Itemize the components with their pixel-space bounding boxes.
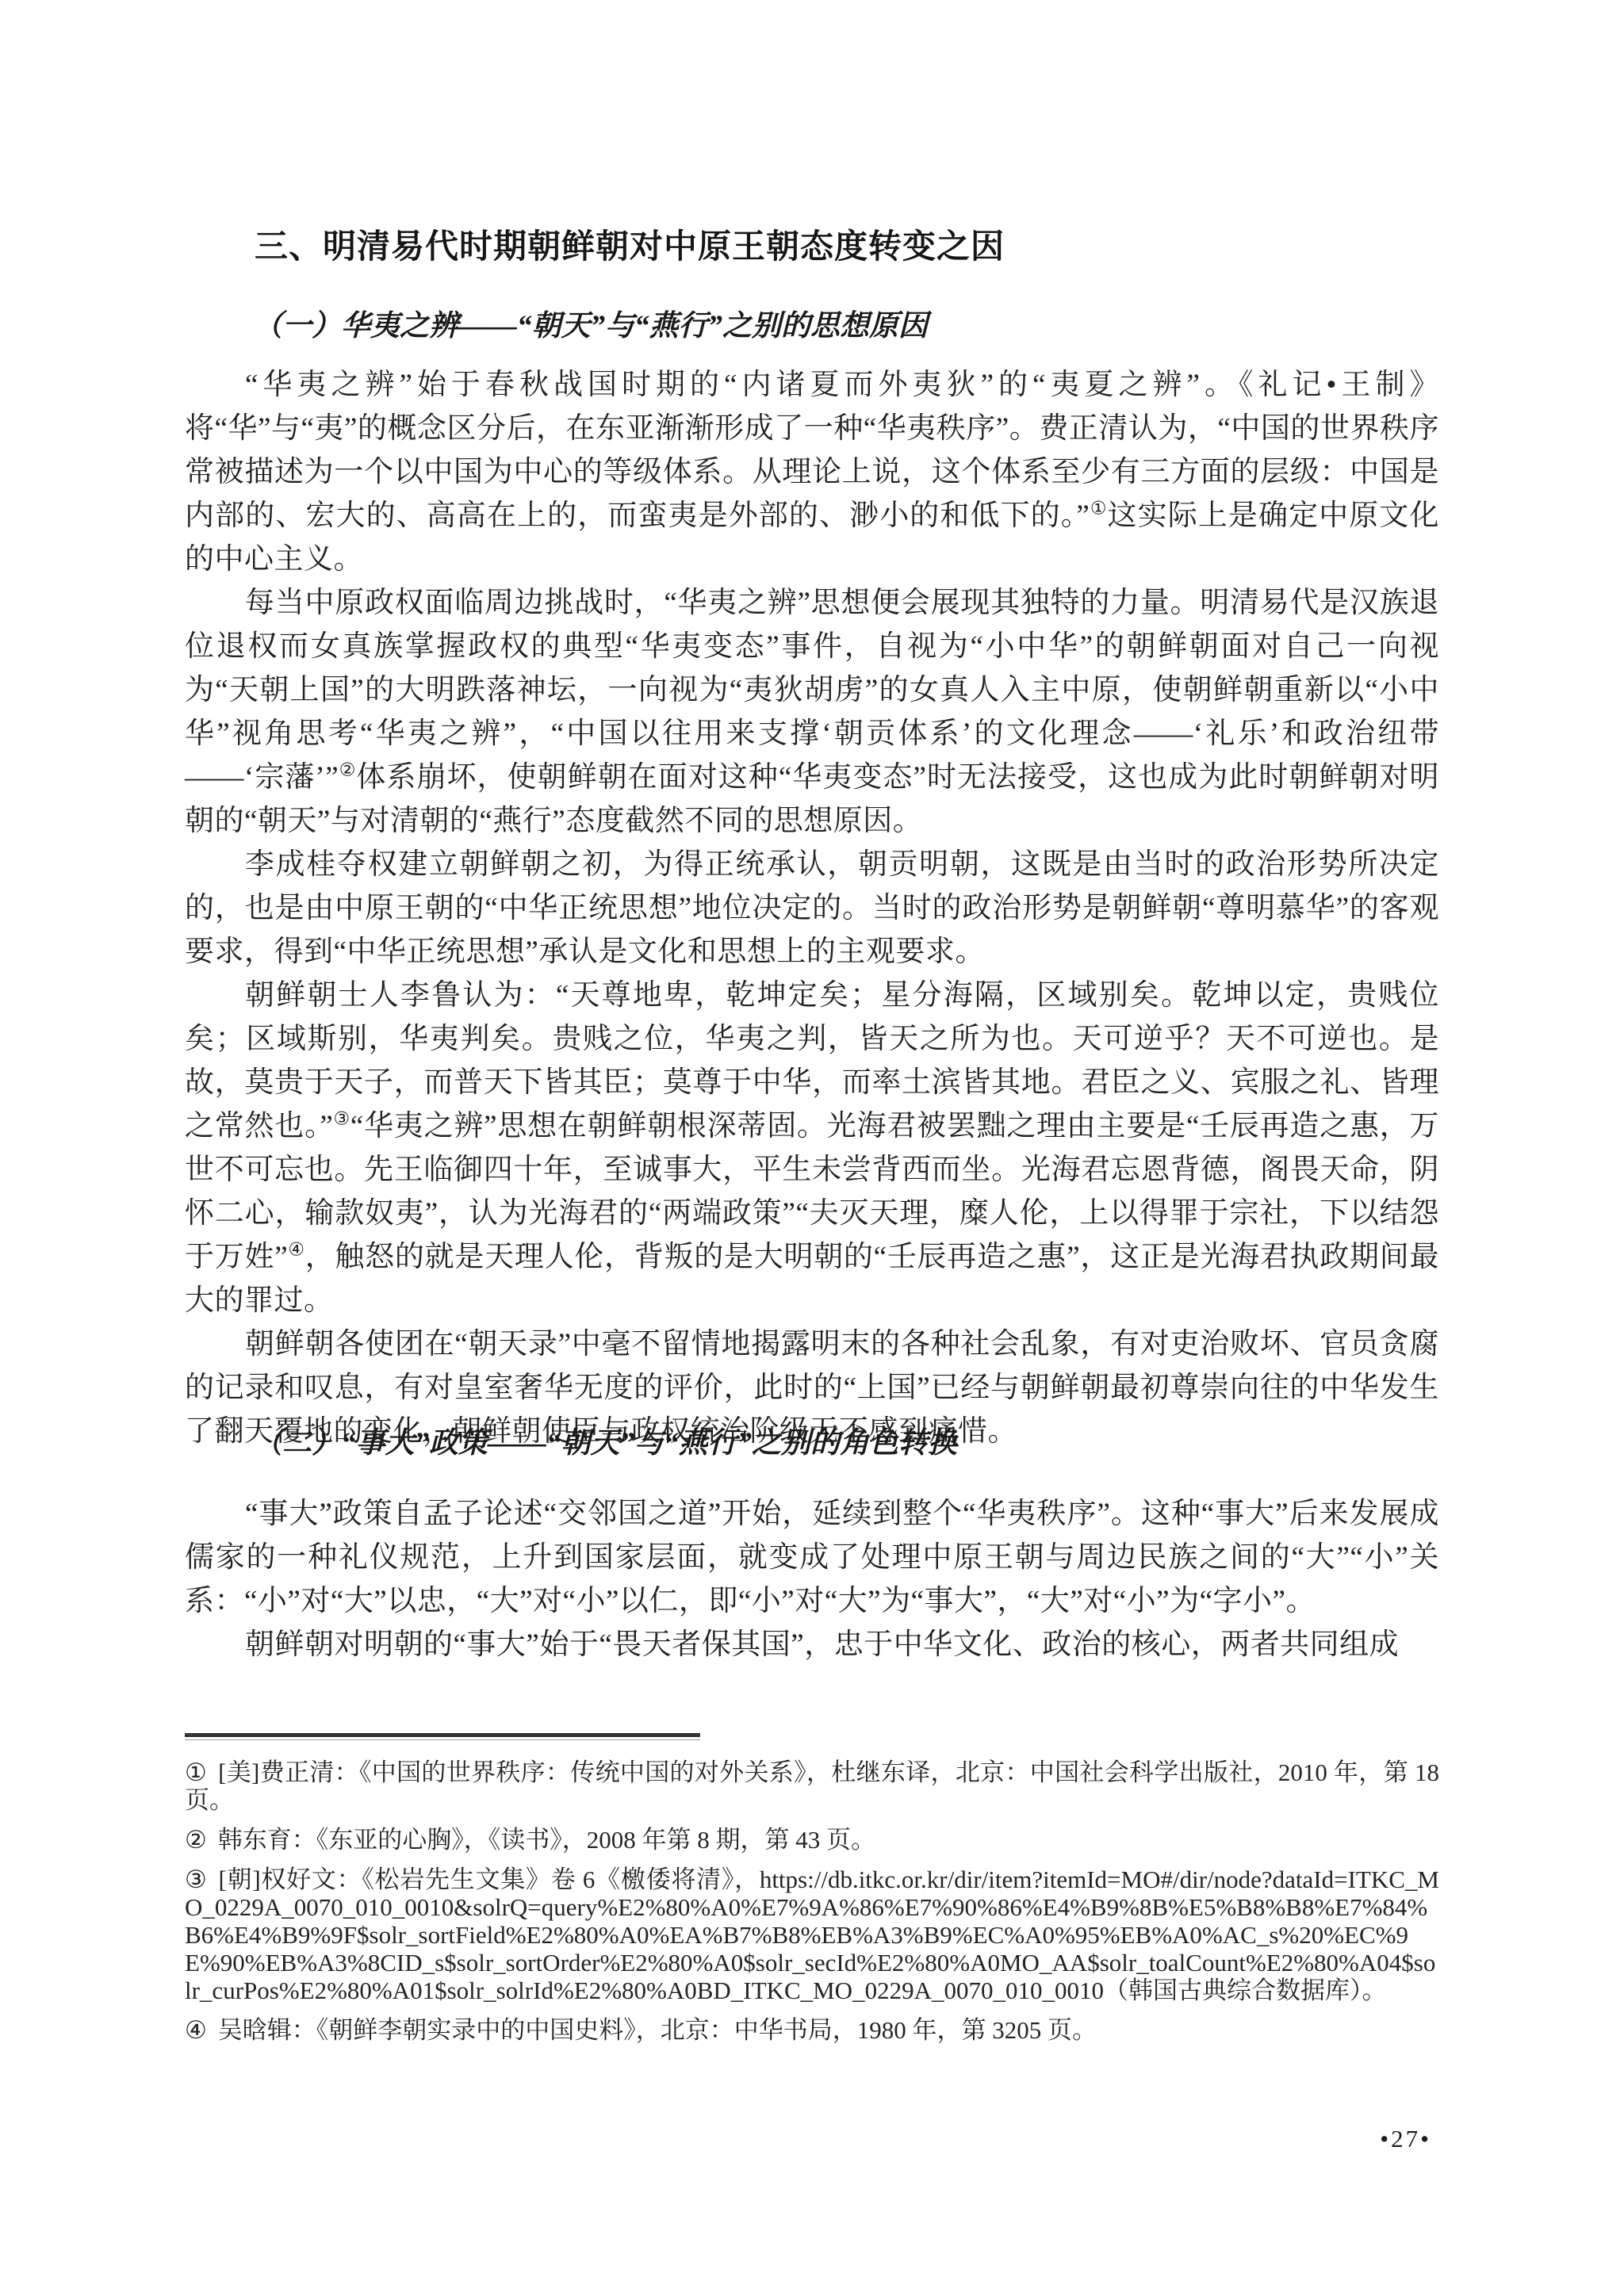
footnote-marker: ③ [185,1865,208,1893]
footnote-marker: ① [185,1758,207,1786]
subsection-heading-1: （一）华夷之辨——“朝天”与“燕行”之别的思想原因 [185,310,1439,343]
paragraph-text: 朝鲜朝对明朝的“事大”始于“畏天者保其国”，忠于中华文化、政治的核心，两者共同组… [245,1628,1399,1661]
footnote-ref: ② [339,760,356,780]
subsection-heading-2: （二）“事大”政策——“朝天”与“燕行”之别的角色转换 [185,1427,1439,1460]
body-paragraph: 朝鲜朝对明朝的“事大”始于“畏天者保其国”，忠于中华文化、政治的核心，两者共同组… [185,1623,1439,1667]
paragraph-text: 李成桂夺权建立朝鲜朝之初，为得正统承认，朝贡明朝，这既是由当时的政治形势所决定的… [185,848,1439,968]
body-paragraph: 朝鲜朝士人李鲁认为：“天尊地卑，乾坤定矣；星分海隔，区域别矣。乾坤以定，贵贱位矣… [185,974,1439,1322]
paragraph-text: 体系崩坏，使朝鲜朝在面对这种“华夷变态”时无法接受，这也成为此时朝鲜朝对明朝的“… [185,761,1439,837]
body-paragraph: “事大”政策自孟子论述“交邻国之道”开始，延续到整个“华夷秩序”。这种“事大”后… [185,1492,1439,1623]
footnote-text: 韩东育：《东亚的心胸》，《读书》，2008 年第 8 期，第 43 页。 [218,1826,875,1854]
footnote: ③[朝]权好文：《松岩先生文集》卷 6《檄倭将清》，https://db.itk… [185,1865,1439,2004]
footnote-separator [185,1733,700,1740]
section-heading: 三、明清易代时期朝鲜朝对中原王朝态度转变之因 [185,228,1439,265]
body-paragraph: 每当中原政权面临周边挑战时，“华夷之辨”思想便会展现其独特的力量。明清易代是汉族… [185,581,1439,843]
body-paragraph: “华夷之辨”始于春秋战国时期的“内诸夏而外夷狄”的“夷夏之辨”。《礼记•王制》将… [185,363,1439,581]
footnote-marker: ② [185,1826,207,1854]
footnote-text: 吴晗辑：《朝鲜李朝实录中的中国史料》，北京：中华书局，1980 年，第 3205… [218,2016,1097,2044]
document-page: 三、明清易代时期朝鲜朝对中原王朝态度转变之因 （一）华夷之辨——“朝天”与“燕行… [0,0,1624,2296]
footnote: ④吴晗辑：《朝鲜李朝实录中的中国史料》，北京：中华书局，1980 年，第 320… [185,2016,1439,2044]
footnote-text: [美]费正清：《中国的世界秩序：传统中国的对外关系》，杜继东译，北京：中国社会科… [185,1758,1439,1814]
footnote-ref: ④ [288,1240,305,1260]
footnotes-section: ①[美]费正清：《中国的世界秩序：传统中国的对外关系》，杜继东译，北京：中国社会… [185,1758,1439,2056]
footnote: ②韩东育：《东亚的心胸》，《读书》，2008 年第 8 期，第 43 页。 [185,1826,1439,1854]
footnote-ref: ③ [333,1109,350,1129]
footnote-ref: ① [1090,499,1107,519]
footnote: ①[美]费正清：《中国的世界秩序：传统中国的对外关系》，杜继东译，北京：中国社会… [185,1758,1439,1814]
page-number: •27• [1380,2125,1431,2153]
paragraph-text: ，触怒的就是天理人伦，背叛的是大明朝的“壬辰再造之惠”，这正是光海君执政期间最大… [185,1241,1439,1317]
footnote-text: [朝]权好文：《松岩先生文集》卷 6《檄倭将清》，https://db.itkc… [185,1865,1439,2004]
body-text-part-2: “事大”政策自孟子论述“交邻国之道”开始，延续到整个“华夷秩序”。这种“事大”后… [185,1492,1439,1668]
body-paragraph: 李成桂夺权建立朝鲜朝之初，为得正统承认，朝贡明朝，这既是由当时的政治形势所决定的… [185,843,1439,974]
footnote-marker: ④ [185,2016,207,2044]
paragraph-text: “事大”政策自孟子论述“交邻国之道”开始，延续到整个“华夷秩序”。这种“事大”后… [185,1498,1439,1617]
body-text-part-1: “华夷之辨”始于春秋战国时期的“内诸夏而外夷狄”的“夷夏之辨”。《礼记•王制》将… [185,363,1439,1411]
